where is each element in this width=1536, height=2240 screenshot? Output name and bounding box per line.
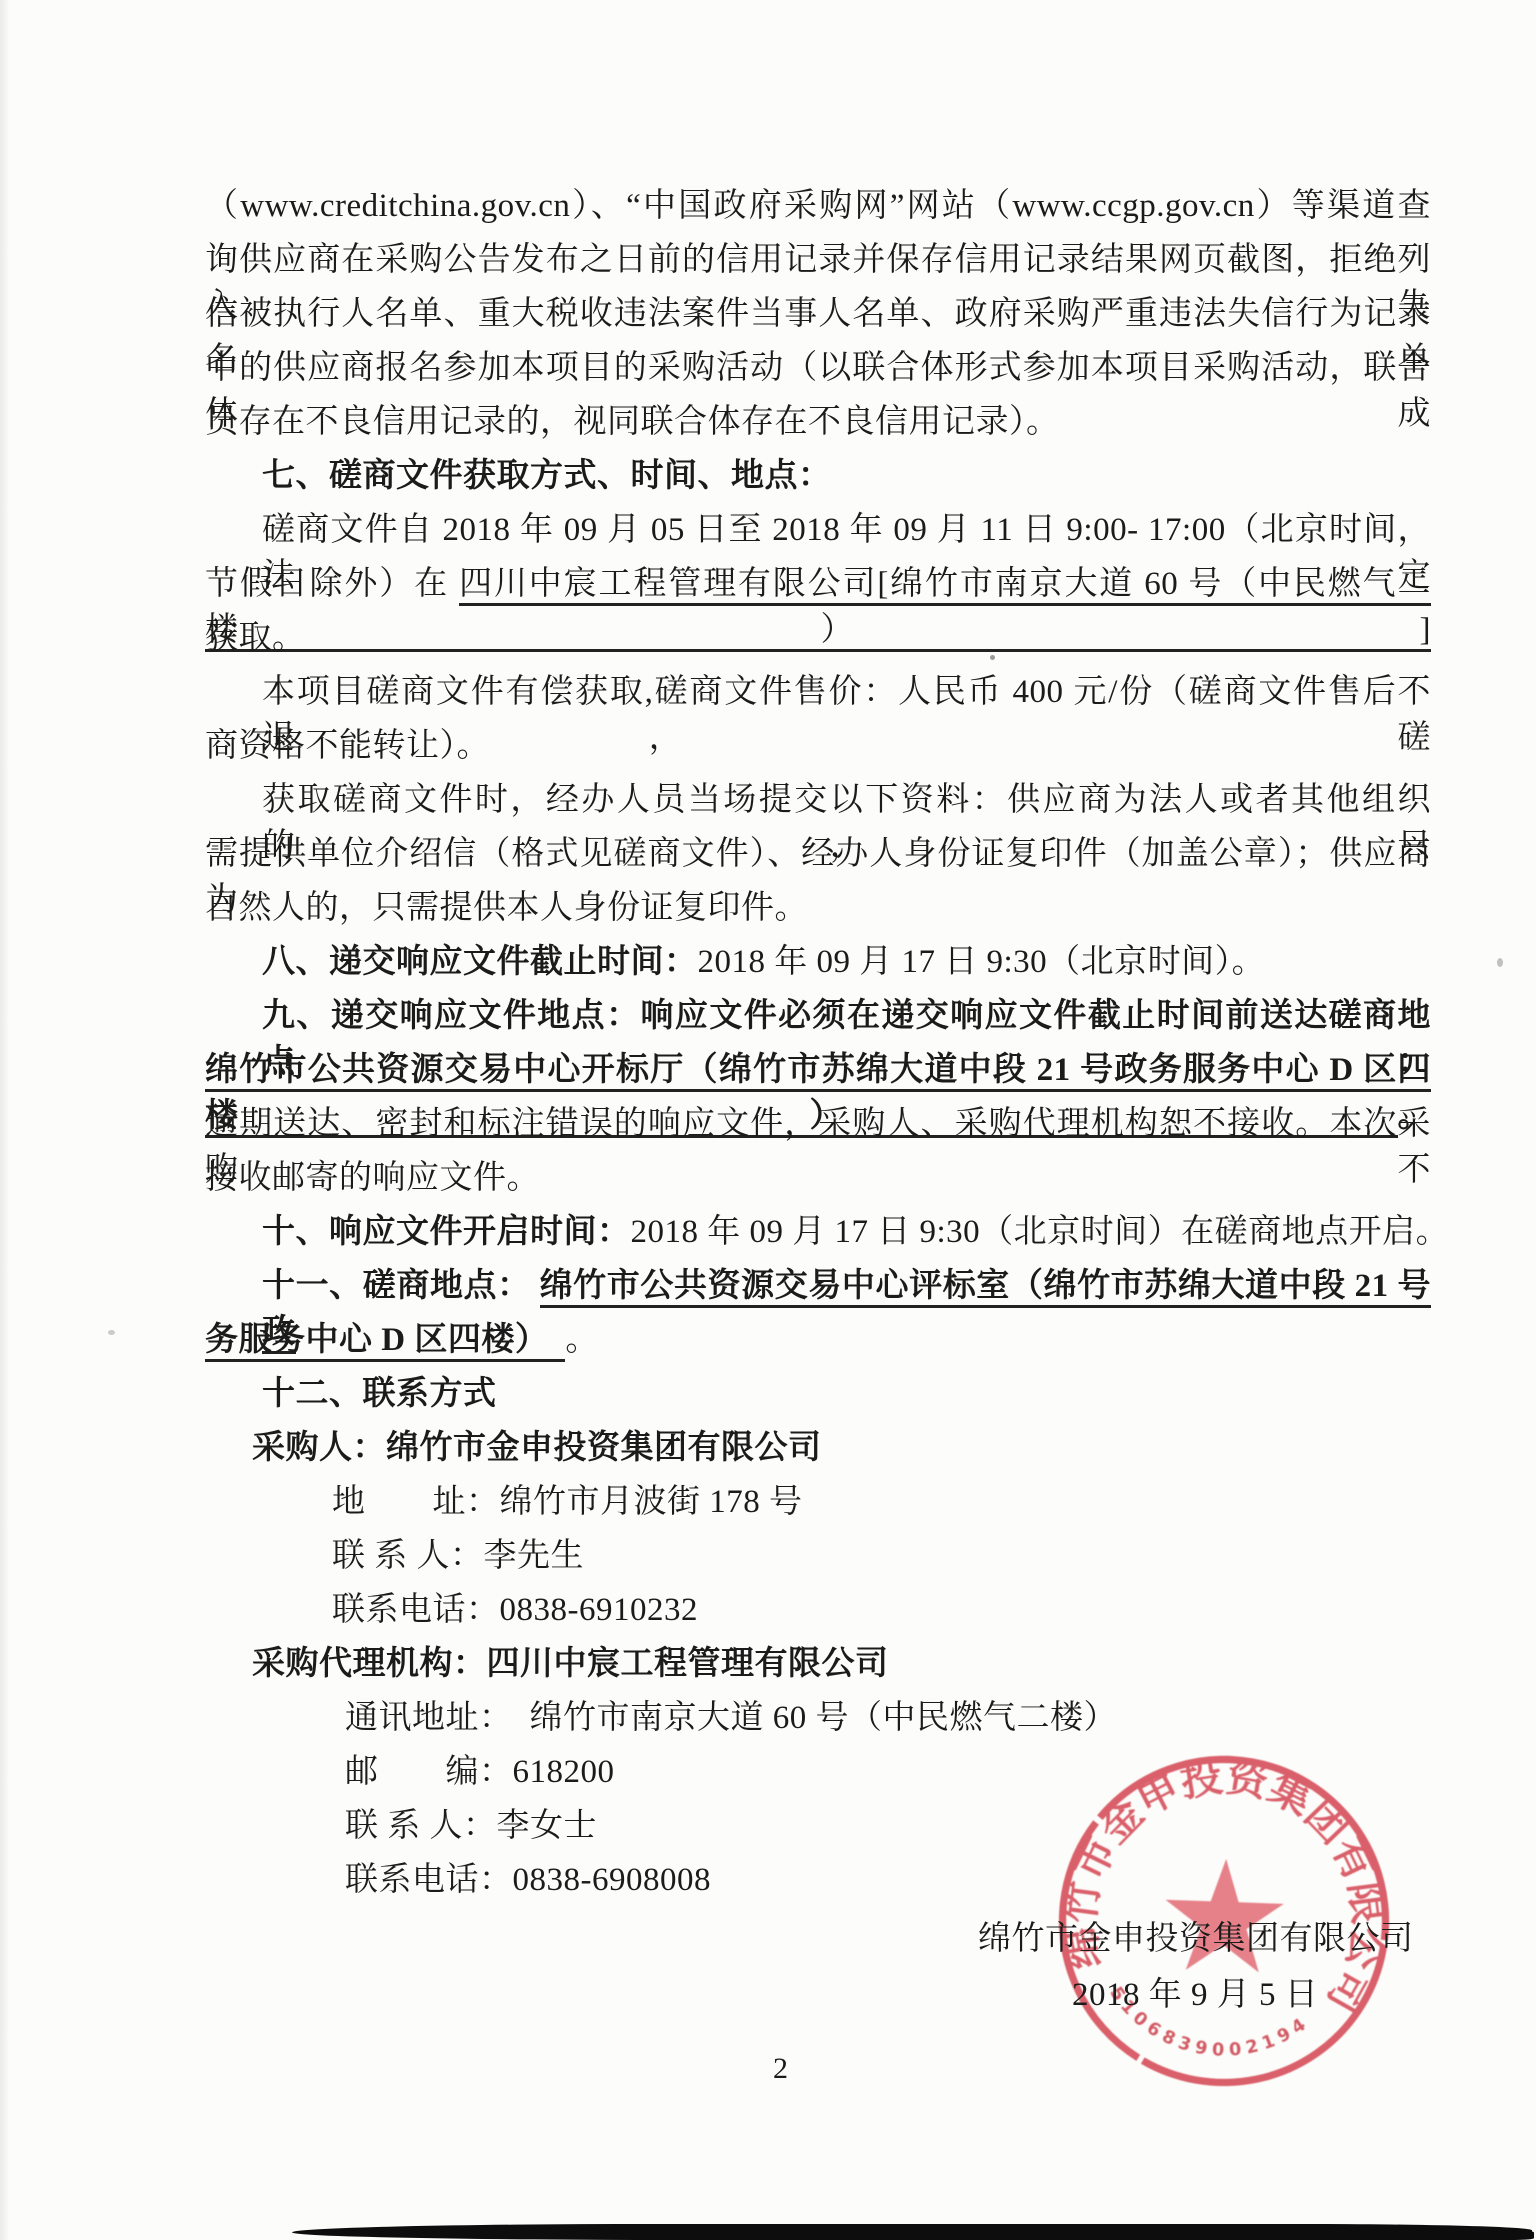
page-number: 2 [773,2052,788,2086]
text-line: 地 址：绵竹市月波街 178 号 [332,1479,803,1525]
text-line: 七、磋商文件获取方式、时间、地点： [262,453,832,499]
text-line: 邮 编：618200 [345,1749,615,1795]
scanned-document-page: （www.creditchina.gov.cn）、“中国政府采购网”网站（www… [0,0,1536,2240]
text-line: 节假日除外）在 四川中宸工程管理有限公司[绵竹市南京大道 60 号（中民燃气二楼… [205,561,1431,653]
scan-artifact-band [1150,2230,1534,2240]
text-line: 商资格不能转让）。 [205,723,490,769]
text-line: 联系电话：0838-6908008 [345,1857,711,1903]
scan-speck [108,1330,115,1335]
signature-company: 绵竹市金申投资集团有限公司 [978,1912,1414,1959]
text-line: 联 系 人：李女士 [345,1803,597,1849]
text-line: 通讯地址： 绵竹市南京大道 60 号（中民燃气二楼） [345,1695,1117,1741]
text-line: 采购人：绵竹市金申投资集团有限公司 [252,1425,822,1471]
signature-date: 2018 年 9 月 5 日 [1072,1968,1318,2015]
text-line: 八、递交响应文件截止时间：2018 年 09 月 17 日 9:30（北京时间）… [262,939,1265,985]
text-line: 员存在不良信用记录的，视同联合体存在不良信用记录）。 [205,399,1060,445]
text-line: 十、响应文件开启时间：2018 年 09 月 17 日 9:30（北京时间）在磋… [262,1209,1449,1255]
text-line: 接收邮寄的响应文件。 [205,1155,540,1201]
text-line: 务服务中心 D 区四楼） 。 [205,1317,599,1363]
text-line: 联系电话：0838-6910232 [332,1587,698,1633]
text-line: 采购代理机构：四川中宸工程管理有限公司 [252,1641,889,1687]
text-line: 联 系 人：李先生 [332,1533,584,1579]
scan-speck [1497,958,1503,967]
text-line: 十二、联系方式 [262,1371,497,1417]
scan-speck [990,655,995,660]
text-line: 自然人的，只需提供本人身份证复印件。 [205,885,808,931]
text-line: （www.creditchina.gov.cn）、“中国政府采购网”网站（www… [205,183,1431,229]
text-line: 获取。 [205,615,306,661]
